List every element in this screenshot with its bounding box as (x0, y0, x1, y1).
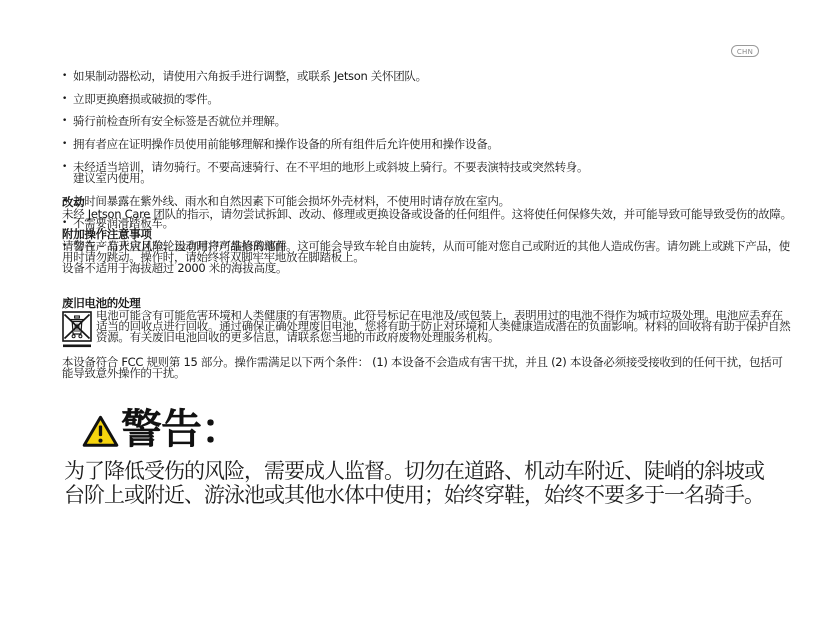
warning-triangle-icon (82, 415, 119, 448)
bullet-item: 骑行前检查所有安全标签是否就位并理解。 (62, 116, 792, 127)
warning-title: 警告： (121, 406, 241, 452)
section-title-battery-disposal: 废旧电池的处理 (62, 298, 792, 310)
warning-block: 警告： 为了降低受伤的风险，需要成人监督。切勿在道路、机动车附近、陡峭的斜坡或台… (62, 406, 767, 507)
region-badge: CHN (731, 45, 759, 57)
section-body-modifications: 未经 Jetson Care 团队的指示，请勿尝试拆卸、改动、修理或更换设备或设… (62, 209, 792, 220)
fcc-statement: 本设备符合 FCC 规则第 15 部分。操作需满足以下两个条件： (1) 本设备… (62, 357, 792, 380)
section-body-additional-precautions: 请勿在产品开启且车轮运动时将产品抬离地面。这可能会导致车轮自由旋转，从而可能对您… (62, 241, 792, 275)
section-body-battery-disposal: 电池可能含有可能危害环境和人类健康的有害物质。此符号标记在电池及/或包装上，表明… (62, 310, 792, 344)
manual-page: CHN 如果制动器松动，请使用六角扳手进行调整，或联系 Jetson 关怀团队。… (0, 0, 828, 624)
warning-body-text: 为了降低受伤的风险，需要成人监督。切勿在道路、机动车附近、陡峭的斜坡或台阶上或附… (64, 459, 767, 507)
weee-crossed-bin-icon (62, 311, 92, 349)
region-badge-label: CHN (737, 48, 753, 56)
warning-heading: 警告： (62, 406, 767, 452)
section-additional-precautions: 附加操作注意事项 请勿在产品开启且车轮运动时将产品抬离地面。这可能会导致车轮自由… (62, 229, 792, 274)
section-modifications: 改动 未经 Jetson Care 团队的指示，请勿尝试拆卸、改动、修理或更换设… (62, 197, 792, 220)
section-battery-disposal: 废旧电池的处理 电池可能含有可能危害环境和人类健康 (62, 298, 792, 349)
bullet-item: 未经适当培训，请勿骑行。不要高速骑行、在不平坦的地形上或斜坡上骑行。不要表演特技… (62, 162, 792, 185)
battery-disposal-row: 电池可能含有可能危害环境和人类健康的有害物质。此符号标记在电池及/或包装上，表明… (62, 310, 792, 349)
bullet-item: 如果制动器松动，请使用六角扳手进行调整，或联系 Jetson 关怀团队。 (62, 71, 792, 82)
bullet-item: 拥有者应在证明操作员使用前能够理解和操作设备的所有组件后允许使用和操作设备。 (62, 139, 792, 150)
bullet-item: 立即更换磨损或破损的零件。 (62, 94, 792, 105)
